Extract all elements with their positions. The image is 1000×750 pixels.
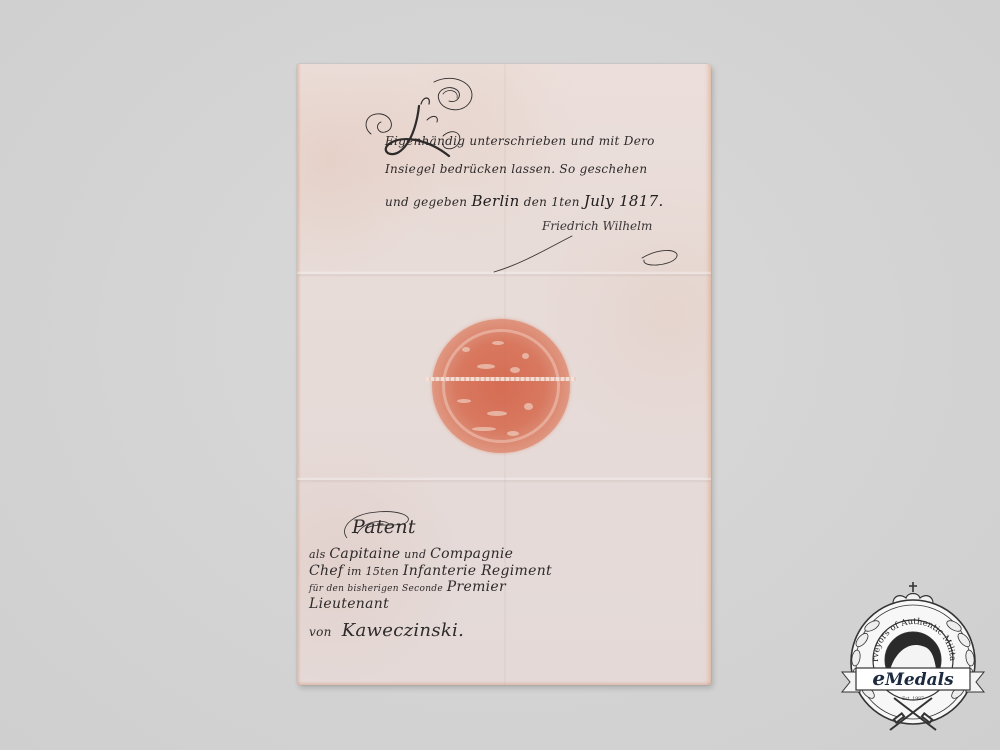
emedals-logo: Purveyors of Authentic Militaria eMedals… [838, 580, 988, 735]
recipient-name: Kaweczinski. [342, 620, 464, 641]
patent-line-1-mid: und [404, 548, 426, 561]
word-chef: Chef [309, 563, 343, 579]
seal-texture [507, 431, 519, 436]
established-text: Est. 1987 [902, 696, 924, 702]
seal-texture [472, 427, 496, 431]
patent-line-3: für den bisherigen Seconde Premier [309, 579, 506, 595]
rank-capitaine: Capitaine [329, 546, 400, 562]
patent-line-4: Lieutenant [309, 596, 389, 612]
word-compagnie: Compagnie [430, 546, 513, 562]
seal-texture [522, 353, 529, 359]
regiment-name: Infanterie Regiment [403, 563, 552, 579]
seal-texture [477, 364, 495, 369]
header-text-line-3: und gegeben Berlin den 1ten July 1817. [385, 192, 664, 210]
patent-line-2-mid: im 15ten [347, 565, 399, 578]
red-wax-seal [432, 319, 570, 453]
header-text-line-1: Eigenhändig unterschrieben und mit Dero [385, 134, 655, 148]
rank-lieutenant: Lieutenant [309, 596, 389, 612]
seal-texture [462, 347, 470, 352]
brand-name: eMedals [872, 666, 954, 690]
date-text: July 1817. [584, 192, 664, 210]
seal-texture [457, 399, 471, 403]
place-name: Berlin [471, 192, 519, 210]
patent-title: Patent [352, 516, 416, 538]
header-text-mid: den 1ten [524, 195, 580, 209]
seal-texture [492, 341, 504, 345]
seal-texture [487, 411, 507, 416]
header-text-line-2: Insiegel bedrücken lassen. So geschehen [385, 162, 647, 176]
patent-document: Eigenhändig unterschrieben und mit Dero … [297, 64, 711, 685]
header-text-prefix: und gegeben [385, 195, 467, 209]
paper-edge-left [297, 64, 301, 685]
seal-texture [524, 403, 533, 410]
rank-premier: Premier [447, 579, 506, 595]
patent-line-1: als Capitaine und Compagnie [309, 546, 513, 562]
patent-line-2: Chef im 15ten Infanterie Regiment [309, 563, 552, 579]
patent-line-3-prefix: für den bisherigen Seconde [309, 584, 443, 594]
patent-line-1-prefix: als [309, 548, 326, 561]
royal-signature: Friedrich Wilhelm [542, 219, 652, 233]
paper-edge-right [703, 64, 711, 685]
calligraphic-initial-flourish-icon [359, 74, 479, 164]
patent-line-5: von Kaweczinski. [309, 620, 464, 641]
word-von: von [309, 625, 332, 639]
seal-texture [510, 367, 520, 373]
